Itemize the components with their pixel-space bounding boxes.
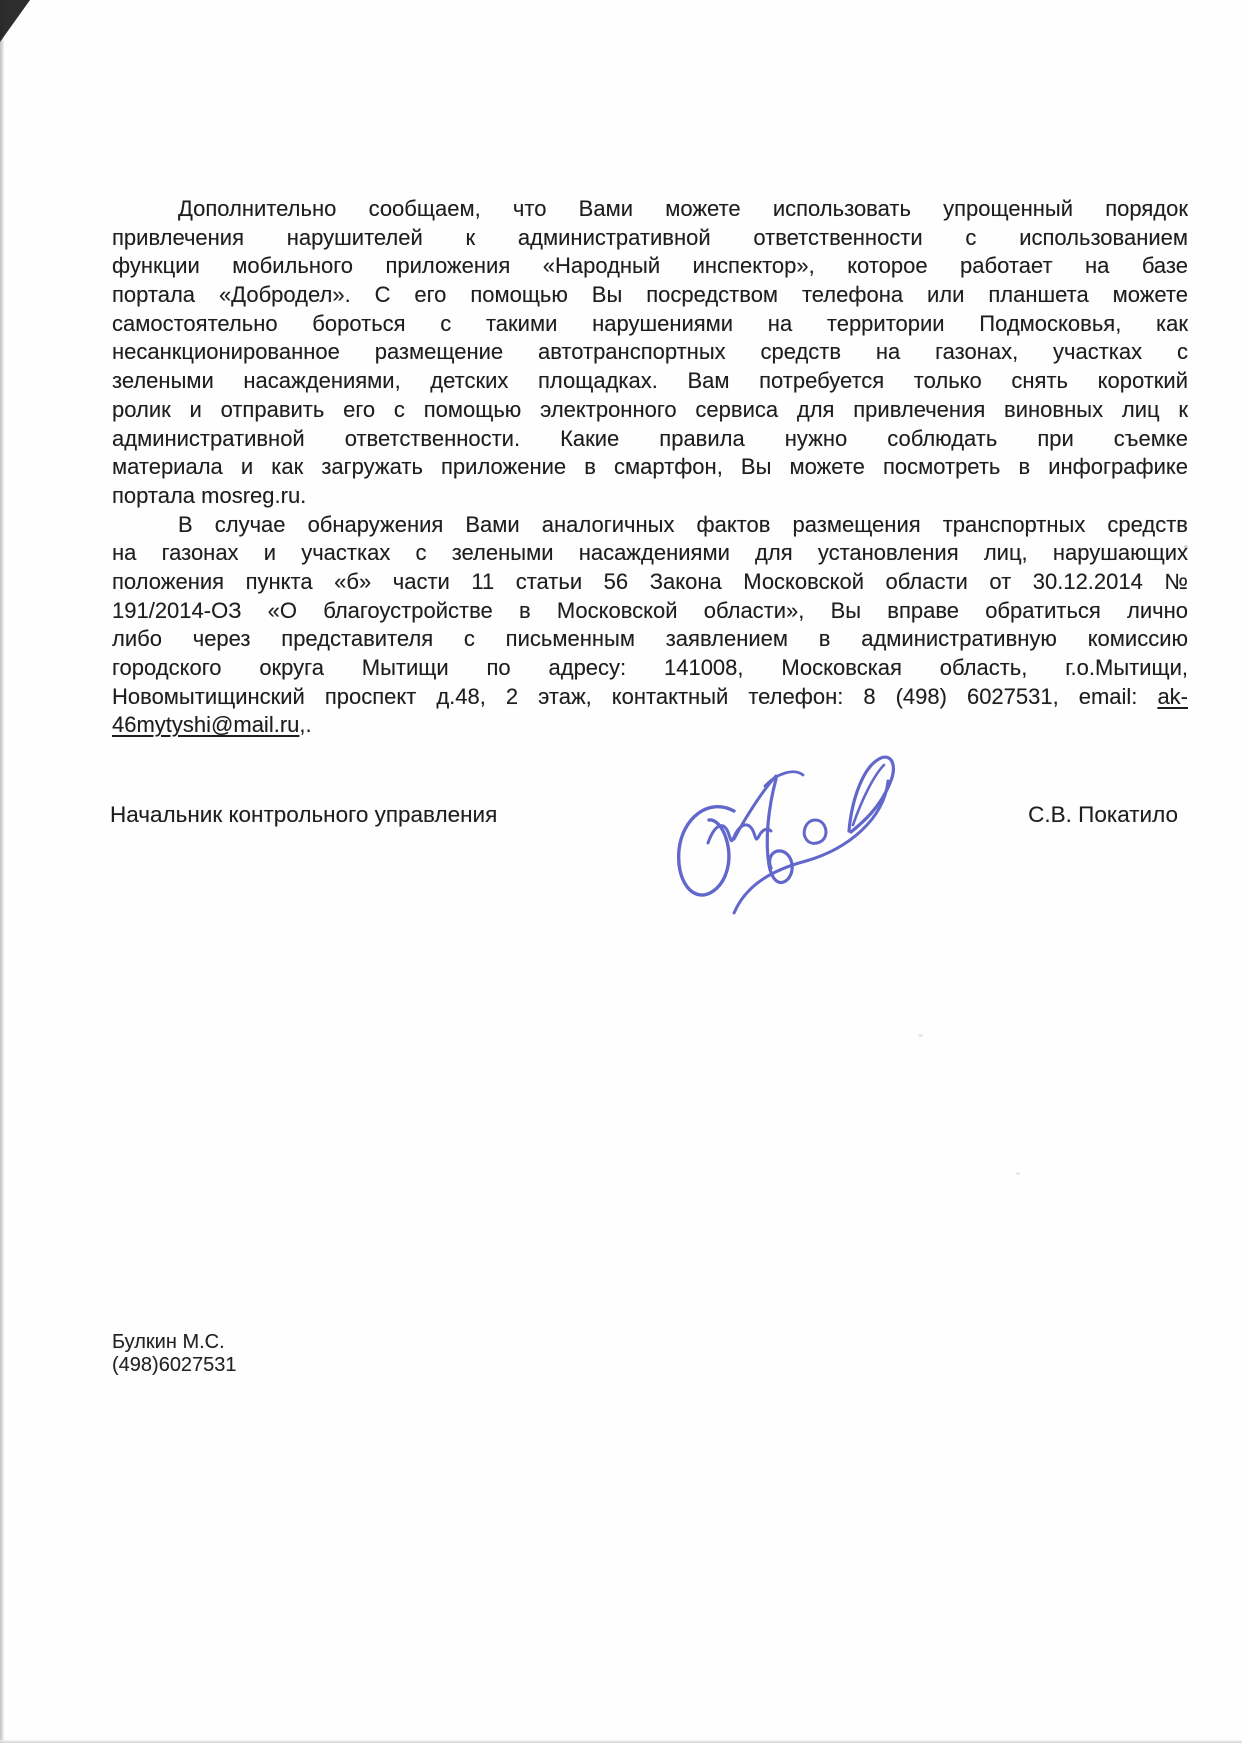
text-line: городского округа Мытищи по адресу: 1410…	[112, 654, 1188, 683]
scan-speck	[918, 1034, 923, 1037]
text-line: на газонах и участках с зелеными насажде…	[112, 539, 1188, 568]
text-line: либо через представителя с письменным за…	[112, 625, 1188, 654]
executor-block: Булкин М.С. (498)6027531	[112, 1331, 237, 1376]
text-line: несанкционированное размещение автотранс…	[112, 338, 1188, 367]
text-line: портала «Добродел». С его помощью Вы пос…	[112, 281, 1188, 310]
text-line: Дополнительно сообщаем, что Вами можете …	[112, 195, 1188, 224]
text-line: функции мобильного приложения «Народный …	[112, 252, 1188, 281]
signature-row: Начальник контрольного управления С.В. П…	[110, 802, 1178, 828]
text-line: самостоятельно бороться с такими нарушен…	[112, 310, 1188, 339]
paragraph-commission-contact: В случае обнаружения Вами аналогичных фа…	[112, 511, 1188, 741]
text-line: портала mosreg.ru.	[112, 482, 1188, 511]
paragraph-mobile-app-info: Дополнительно сообщаем, что Вами можете …	[112, 195, 1188, 511]
text-line: ролик и отправить его с помощью электрон…	[112, 396, 1188, 425]
text-line: административной ответственности. Какие …	[112, 425, 1188, 454]
text-line: Новомытищинский проспект д.48, 2 этаж, к…	[112, 683, 1188, 712]
signer-name: С.В. Покатило	[1028, 802, 1178, 828]
scan-corner-fold-artifact	[0, 0, 30, 42]
scanned-letter-page: Дополнительно сообщаем, что Вами можете …	[0, 0, 1242, 1743]
letter-body: Дополнительно сообщаем, что Вами можете …	[112, 195, 1188, 740]
text-line: 191/2014-ОЗ «О благоустройстве в Московс…	[112, 597, 1188, 626]
text-line: В случае обнаружения Вами аналогичных фа…	[112, 511, 1188, 540]
text-line: зелеными насаждениями, детских площадках…	[112, 367, 1188, 396]
scan-left-edge-artifact	[0, 0, 4, 1743]
text-line: материала и как загружать приложение в с…	[112, 453, 1188, 482]
executor-phone: (498)6027531	[112, 1354, 237, 1377]
signer-position-title: Начальник контрольного управления	[110, 802, 497, 828]
text-line: положения пункта «б» части 11 статьи 56 …	[112, 568, 1188, 597]
handwritten-signature	[648, 733, 908, 928]
scan-speck	[1016, 1172, 1020, 1175]
executor-name: Булкин М.С.	[112, 1331, 237, 1354]
text-line: привлечения нарушителей к административн…	[112, 224, 1188, 253]
